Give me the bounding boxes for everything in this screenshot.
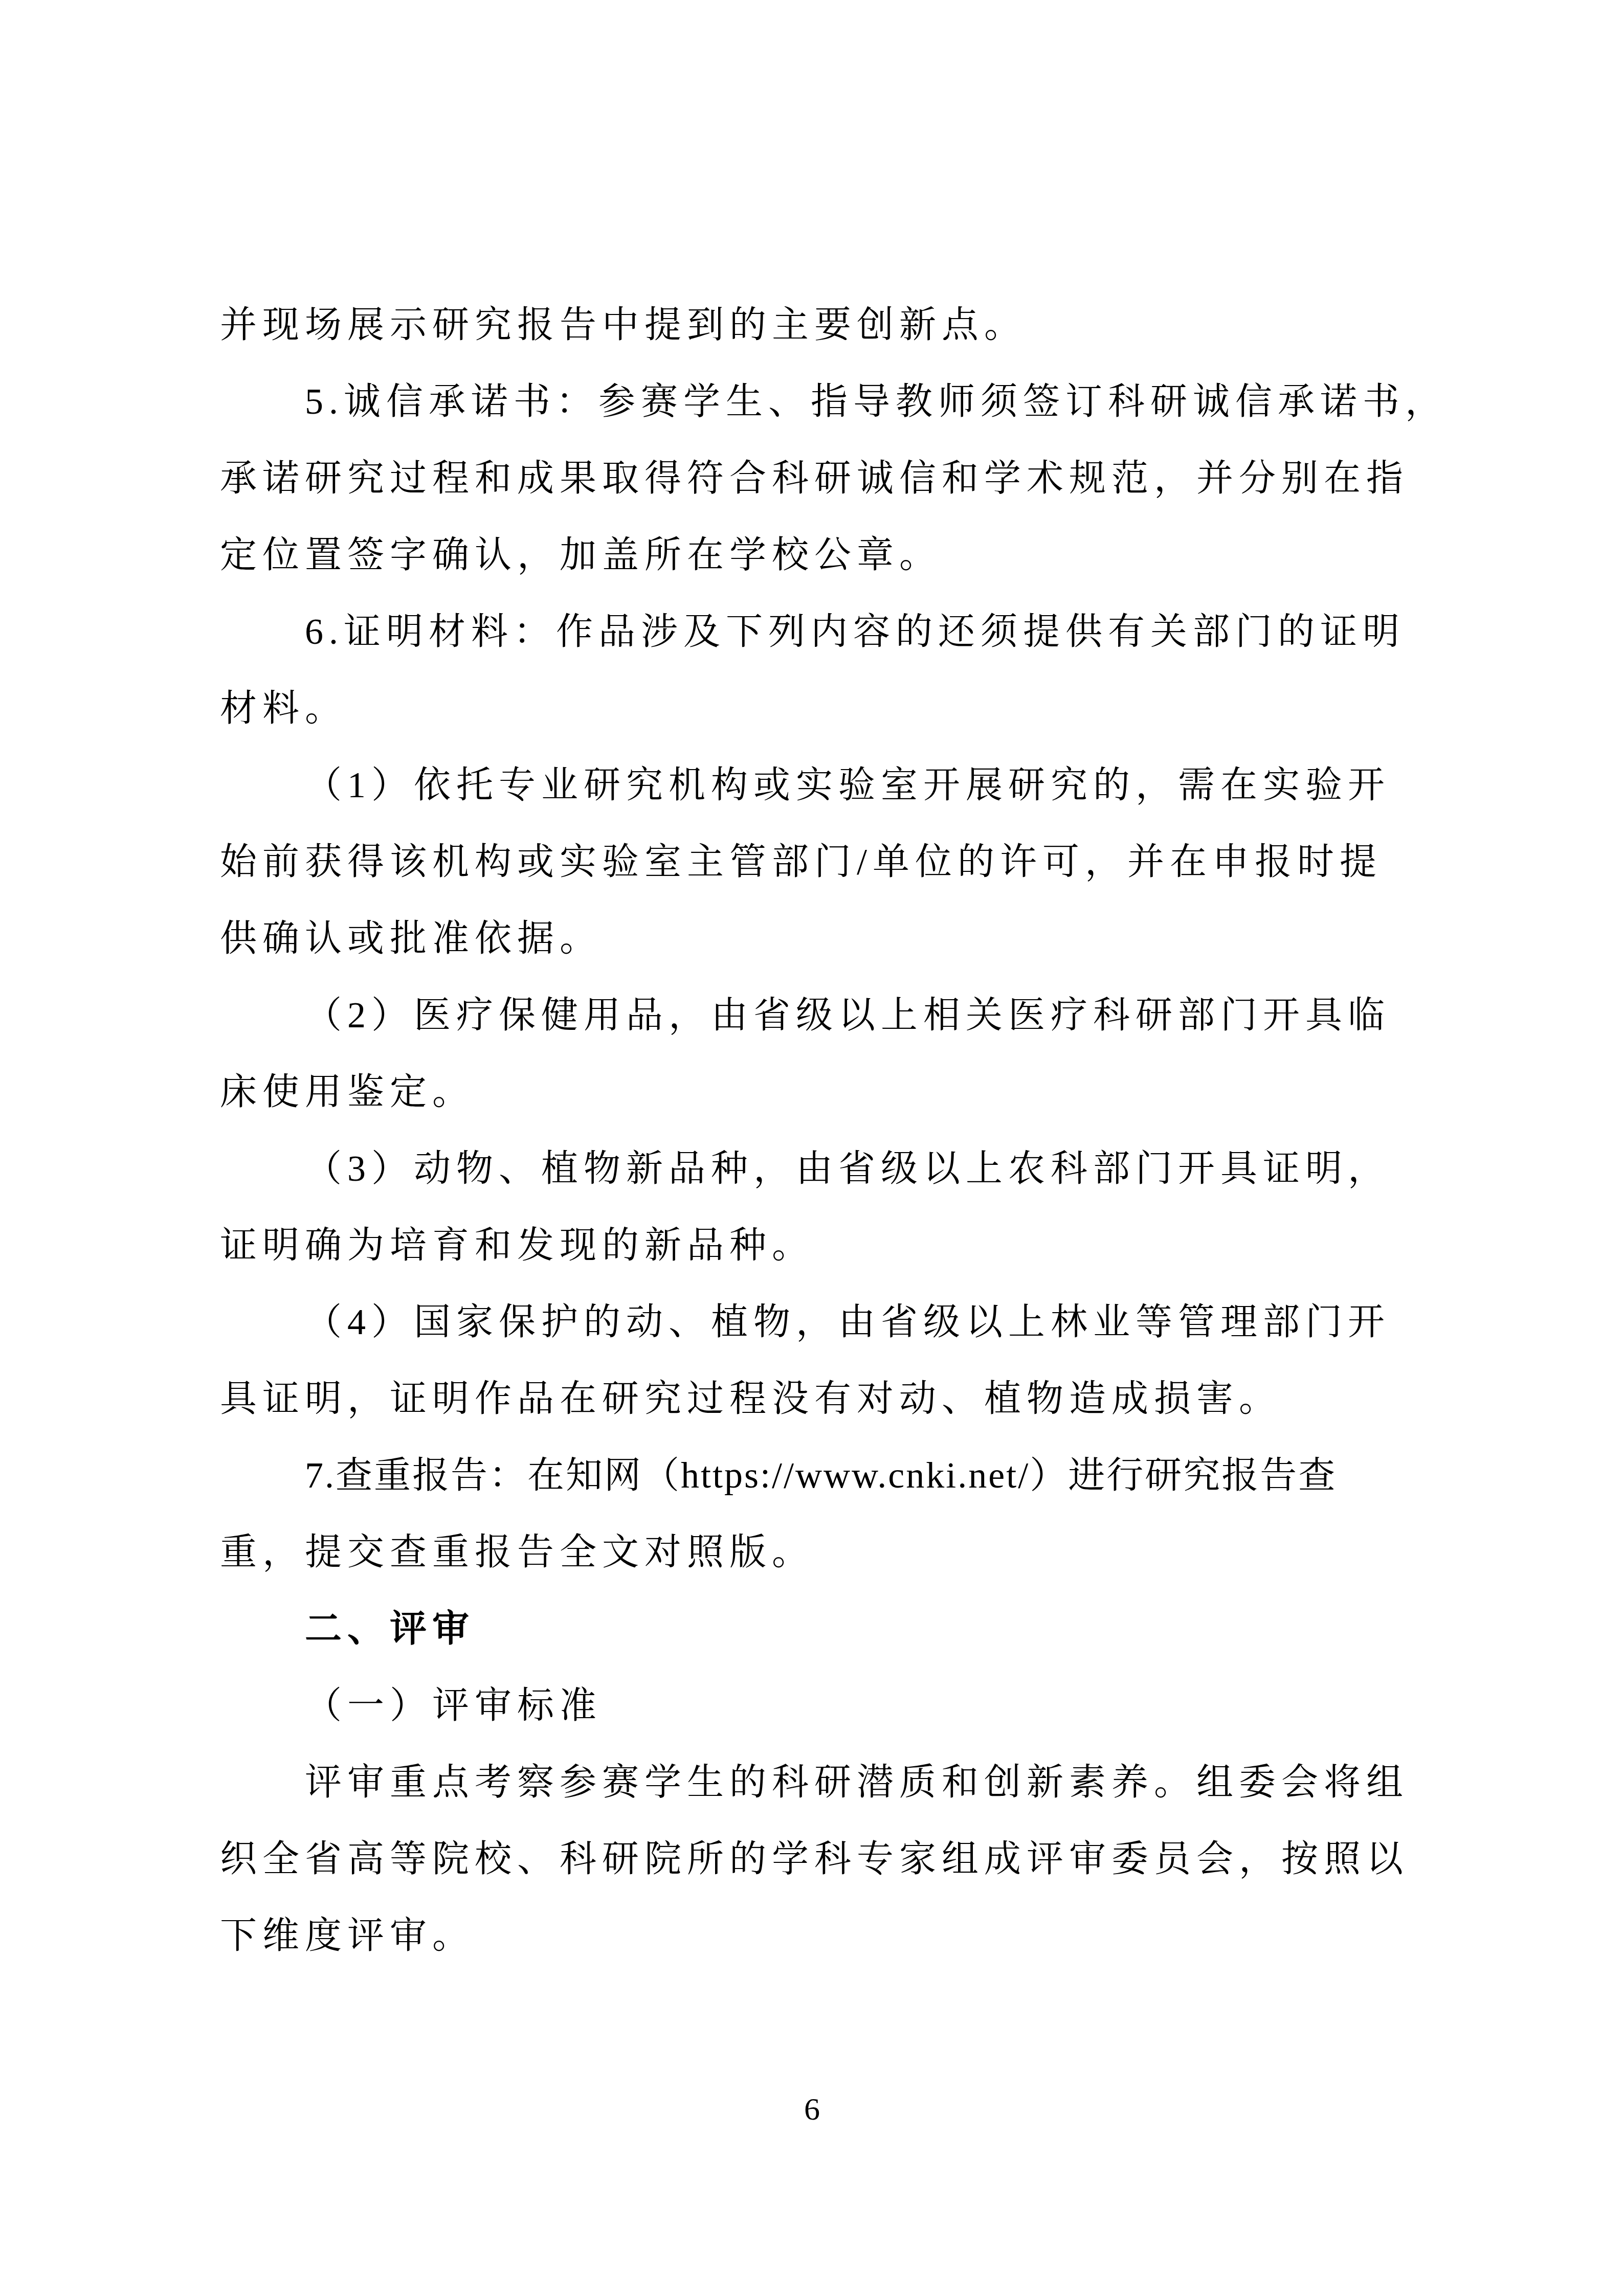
text-line: 承诺研究过程和成果取得符合科研诚信和学术规范，并分别在指 bbox=[220, 440, 1432, 516]
text-line: 5.诚信承诺书：参赛学生、指导教师须签订科研诚信承诺书， bbox=[220, 363, 1432, 440]
text-line: 重，提交查重报告全文对照版。 bbox=[220, 1514, 1432, 1590]
text-line: （2）医疗保健用品，由省级以上相关医疗科研部门开具临 bbox=[220, 977, 1432, 1053]
text-line: 下维度评审。 bbox=[220, 1897, 1432, 1974]
section-heading: 二、评审 bbox=[220, 1590, 1432, 1667]
text-line: 具证明，证明作品在研究过程没有对动、植物造成损害。 bbox=[220, 1360, 1432, 1437]
text-line: （3）动物、植物新品种，由省级以上农科部门开具证明， bbox=[220, 1130, 1432, 1207]
text-line: 并现场展示研究报告中提到的主要创新点。 bbox=[220, 286, 1432, 363]
text-line: 织全省高等院校、科研院所的学科专家组成评审委员会，按照以 bbox=[220, 1820, 1432, 1897]
document-page: 并现场展示研究报告中提到的主要创新点。 5.诚信承诺书：参赛学生、指导教师须签订… bbox=[0, 0, 1624, 2296]
text-line: 定位置签字确认，加盖所在学校公章。 bbox=[220, 516, 1432, 593]
text-line: 床使用鉴定。 bbox=[220, 1053, 1432, 1130]
text-line: 始前获得该机构或实验室主管部门/单位的许可，并在申报时提 bbox=[220, 823, 1432, 900]
text-line: 材料。 bbox=[220, 670, 1432, 747]
text-line: （1）依托专业研究机构或实验室开展研究的，需在实验开 bbox=[220, 747, 1432, 823]
text-line-with-url: 7.查重报告：在知网（https://www.cnki.net/）进行研究报告查 bbox=[220, 1437, 1432, 1514]
text-line: 6.证明材料：作品涉及下列内容的还须提供有关部门的证明 bbox=[220, 593, 1432, 670]
text-line: 供确认或批准依据。 bbox=[220, 900, 1432, 977]
page-number: 6 bbox=[0, 2089, 1624, 2130]
text-line: 证明确为培育和发现的新品种。 bbox=[220, 1207, 1432, 1284]
text-line: 评审重点考察参赛学生的科研潜质和创新素养。组委会将组 bbox=[220, 1744, 1432, 1820]
text-line: （4）国家保护的动、植物，由省级以上林业等管理部门开 bbox=[220, 1284, 1432, 1360]
subsection-heading: （一）评审标准 bbox=[220, 1667, 1432, 1744]
text-block: 并现场展示研究报告中提到的主要创新点。 5.诚信承诺书：参赛学生、指导教师须签订… bbox=[220, 286, 1432, 1974]
